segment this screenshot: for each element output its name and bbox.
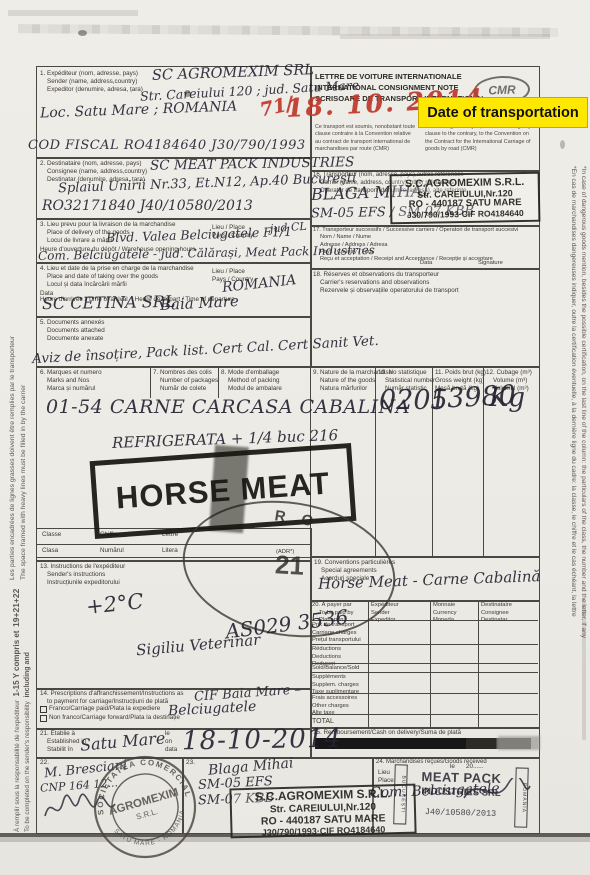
label-line: Prețul transportului (312, 637, 361, 645)
label-line: Carrier's reservations and observations (313, 279, 459, 287)
non-franco-label: Non franco/Carriage forward/Plata la des… (49, 714, 180, 722)
label-line: 12. Cubage (m³) (486, 369, 532, 377)
label-line: 4. Lieu et date de la prise en charge de… (40, 265, 194, 273)
carrier-stamp-line: J30/790/1993·CIF RO4184640 (392, 209, 538, 221)
divider (218, 366, 219, 398)
label-line: Destinataire (481, 602, 512, 610)
carrier-stamp: S.C.AGROMEXIM S.R.L. Str. CAREIULUI,Nr.1… (390, 172, 541, 225)
divider (310, 672, 538, 673)
franco-checkbox (40, 706, 47, 713)
label-line: Locul și data încărcării mărfii (40, 281, 194, 289)
label-line: 2. Destinataire (nom, adresse, pays) (40, 160, 147, 168)
handwriting-takeover-city: Baia Mare (160, 294, 240, 313)
franco-label: Franco/Carriage paid/Plata la expediere (49, 705, 160, 713)
non-franco-checkbox (40, 715, 47, 722)
label-line: Consignee (name, address,country) (40, 168, 147, 176)
scan-streak (18, 24, 558, 37)
label-line: le (165, 730, 177, 738)
handwriting-volume-unit: Kg (489, 385, 525, 411)
margin-note-danger: *In case of dangerous goods mention, bes… (568, 166, 588, 732)
scan-bar (0, 837, 590, 842)
field-13-label: 13. Instructions de l'expéditeur Sender'… (40, 563, 125, 588)
label-line: Număr de colete (153, 385, 218, 393)
label-line: 11. Poids brut (kg) (435, 369, 486, 377)
margin-line: To be completed on the sender's responsi… (23, 562, 34, 832)
vet-oval-number: 21 (184, 545, 395, 587)
row-other-charges: Frais accessoires Other charges Alte tax… (312, 695, 357, 718)
label-line: Place and date of taking over the goods (40, 273, 194, 281)
label-line: 7. Nombres des colis (153, 369, 218, 377)
label-line: 13. Instructions de l'expéditeur (40, 563, 125, 571)
label-line: 1. Expéditeur (nom, adresse, pays) (40, 70, 143, 78)
margin-line: À remplir sous la responsabilité de l'ex… (10, 562, 23, 832)
field-14-label: 14. Prescriptions d'affranchissement/Ins… (40, 690, 184, 706)
scan-speck (560, 140, 565, 149)
label-line: Adresse / Address / Adresa (313, 242, 518, 249)
label-line: Marca și numărul (40, 385, 102, 393)
col-consignee-label: Destinataire Consignee Destinatar (481, 602, 512, 625)
label-line: Monnaie (433, 602, 457, 610)
label-line: Documente anexate (40, 335, 105, 343)
scan-speck (78, 30, 87, 36)
handwriting-takeover-company: SC CETINA SRL (42, 294, 176, 312)
adr-clasa: Clasa (42, 547, 58, 555)
label-line: Pays / Country / Țara (313, 249, 518, 256)
label-line: Nom / Name / Nume (313, 234, 518, 241)
redaction-strip (315, 738, 531, 749)
adr-numarul: Numărul (100, 547, 124, 555)
row-balance: Sold/Balance/Sold (312, 665, 359, 673)
field-18-label: 18. Réserves et observations du transpor… (313, 271, 459, 296)
label-line: 8. Mode d'emballage (221, 369, 282, 377)
label-line: Sender (name, address,country) (40, 78, 143, 86)
field-5-label: 5. Documents annexés Documents attached … (40, 319, 105, 344)
field-24-lieu-label: Lieu Place (378, 769, 394, 785)
label-line: Supplem. charges (312, 682, 359, 690)
adr-row-labels-fr: Classe (42, 531, 61, 539)
label-line: 6. Marques et numero (40, 369, 102, 377)
label-line: Destinatar (481, 617, 512, 625)
handwriting-delivery-county: jud CL (270, 221, 307, 235)
col-currency-label: Monnaie Currency Moneda (433, 602, 457, 625)
margin-line: The space framed with heavy lines must b… (19, 270, 30, 580)
scan-streak (8, 10, 138, 16)
label-line: Lieu (378, 769, 394, 777)
label-line: Expeditor (371, 617, 399, 625)
label-line: Classe (42, 531, 61, 538)
label-line: Sender's instructions (40, 571, 125, 579)
label-line: Moneda (433, 617, 457, 625)
legal-clause-fr: Ce transport est soumis, nonobstant tout… (315, 124, 418, 153)
label-line: Other charges (312, 703, 357, 711)
margin-line: *In case of dangerous goods mention, bes… (578, 166, 588, 732)
label-line: Frais accessoires (312, 695, 357, 703)
label-line: 17. Transporteur successifs / Successive… (313, 227, 518, 234)
label-line: Method of packing (221, 377, 282, 385)
legal-clause-en: This carriage is subject, notwithstandin… (425, 124, 531, 153)
handwriting-goods-description: 01-54 CARNE CARCASA CABALINA (46, 398, 410, 417)
field-17-data-label: Data (420, 260, 432, 268)
label-line: Réductions (312, 646, 341, 654)
field-6-label: 6. Marques et numero Marks and Nos Marca… (40, 369, 102, 394)
label-line: Modul de ambalare (221, 385, 282, 393)
label-line: Expeditor (denumire, adresa, țara) (40, 86, 143, 94)
label-line: 14. Prescriptions d'affranchissement/Ins… (40, 690, 184, 698)
label-line: 5. Documents annexés (40, 319, 105, 327)
label-line: Rezervele și observațiile operatorului d… (313, 287, 459, 295)
margin-line: *En cas de marchandises dangereuses indi… (568, 166, 578, 732)
label-line: Lieu / Place (212, 268, 253, 276)
label-line: Number of packages (153, 377, 218, 385)
divider (150, 366, 151, 398)
margin-line: Les parties encadrées de lignes grasses … (8, 270, 19, 580)
label-line: Deductions (312, 654, 341, 662)
handwriting-consignee-name: SC MEAT PACK INDUSTRIES (150, 156, 355, 173)
date-highlight-text: Date of transportation (427, 105, 578, 121)
cmr-scan-page: Les parties encadrées de lignes grasses … (0, 0, 590, 842)
meatpack-stamp-reg: J40/10580/2013 (405, 807, 515, 820)
label-line: Stabilit în (40, 746, 86, 754)
handwriting-consignee-reg: RO32171840 J40/10580/2013 (42, 199, 253, 213)
margin-note-carrier: Les parties encadrées de lignes grasses … (8, 270, 29, 580)
field-17-signature-label: Signature (478, 260, 503, 268)
field-7-label: 7. Nombres des colis Number of packages … (153, 369, 218, 394)
label-line: Instrucțiunile expeditorului (40, 579, 125, 587)
field-17-label: 17. Transporteur successifs / Successive… (313, 227, 518, 263)
label-line: Suppléments (312, 674, 359, 682)
signature-scribble (462, 778, 532, 808)
date-highlight-label: Date of transportation (418, 97, 588, 128)
handwriting-sender-fiscal-code: COD FISCAL RO4184640 J30/790/1993 (28, 139, 306, 152)
scan-streak (340, 34, 550, 39)
label-line: Documents attached (40, 327, 105, 335)
margin-note-sender: À remplir sous la responsabilité de l'ex… (10, 562, 34, 832)
handwriting-established-date: 18-10-2014 (182, 726, 342, 755)
label-line: Marks and Nos (40, 377, 102, 385)
label-line: 18. Réserves et observations du transpor… (313, 271, 459, 279)
label-line: 10. No statistique (378, 369, 435, 377)
row-supplements: Suppléments Supplem. charges Taxe suplim… (312, 674, 359, 697)
adr-litera: Litera (162, 547, 178, 555)
field-8-label: 8. Mode d'emballage Method of packing Mo… (221, 369, 282, 394)
label-line: Consignee (481, 610, 512, 618)
label-line: Currency (433, 610, 457, 618)
field-1-label: 1. Expéditeur (nom, adresse, pays) Sende… (40, 70, 143, 95)
